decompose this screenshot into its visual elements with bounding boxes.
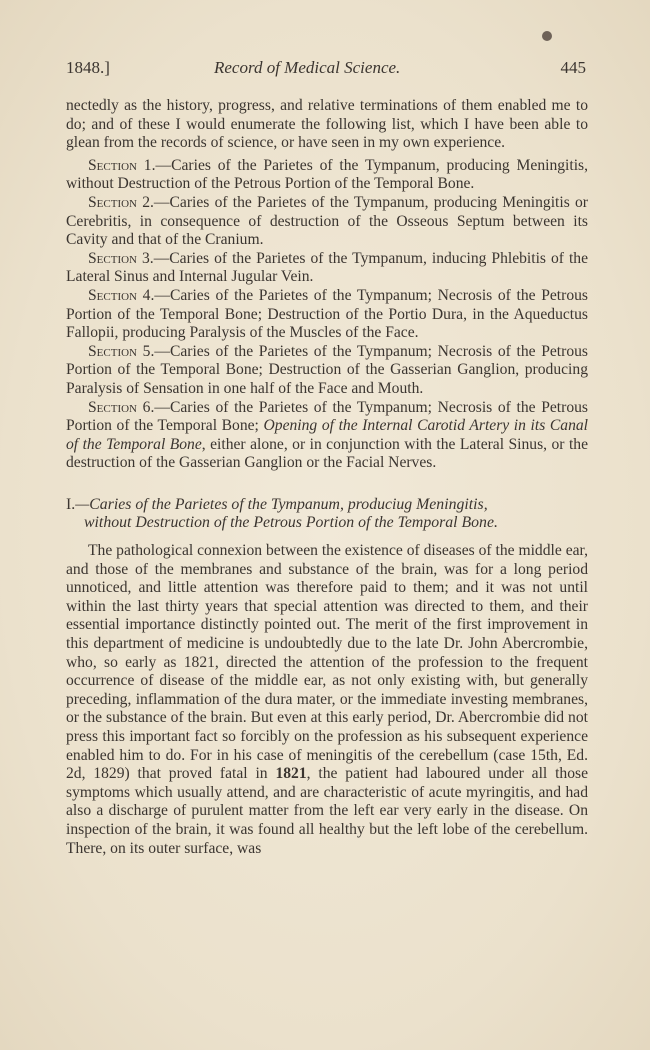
section-label: Section 1. — [88, 157, 156, 174]
section-label: Section 4. — [88, 287, 154, 304]
section-label: Section 6. — [88, 399, 154, 416]
paragraph-year: 1821 — [275, 765, 306, 782]
ink-speck — [542, 31, 552, 41]
running-head-year: 1848.] — [66, 58, 110, 78]
section-label: Section 3. — [88, 250, 154, 267]
heading-line-1: —Caries of the Parietes of the Tympanum,… — [75, 496, 487, 513]
body-text: nectedly as the history, progress, and r… — [66, 97, 588, 858]
intro-paragraph: nectedly as the history, progress, and r… — [66, 97, 588, 153]
section-1: Section 1.—Caries of the Parietes of the… — [66, 157, 588, 194]
section-label: Section 2. — [88, 194, 154, 211]
section-3: Section 3.—Caries of the Parietes of the… — [66, 250, 588, 287]
section-label: Section 5. — [88, 343, 154, 360]
paragraph-text: The pathological connexion between the e… — [66, 542, 588, 782]
subsection-heading: I.—Caries of the Parietes of the Tympanu… — [66, 496, 588, 533]
page-number: 445 — [561, 58, 587, 78]
running-head-title: Record of Medical Science. — [214, 58, 400, 78]
main-paragraph: The pathological connexion between the e… — [66, 542, 588, 858]
section-5: Section 5.—Caries of the Parietes of the… — [66, 343, 588, 399]
heading-line-2: without Destruction of the Petrous Porti… — [66, 514, 588, 533]
section-4: Section 4.—Caries of the Parietes of the… — [66, 287, 588, 343]
heading-number: I. — [66, 496, 75, 513]
section-2: Section 2.—Caries of the Parietes of the… — [66, 194, 588, 250]
section-6: Section 6.—Caries of the Parietes of the… — [66, 399, 588, 473]
running-head: 1848.] Record of Medical Science. 445 — [66, 58, 588, 82]
